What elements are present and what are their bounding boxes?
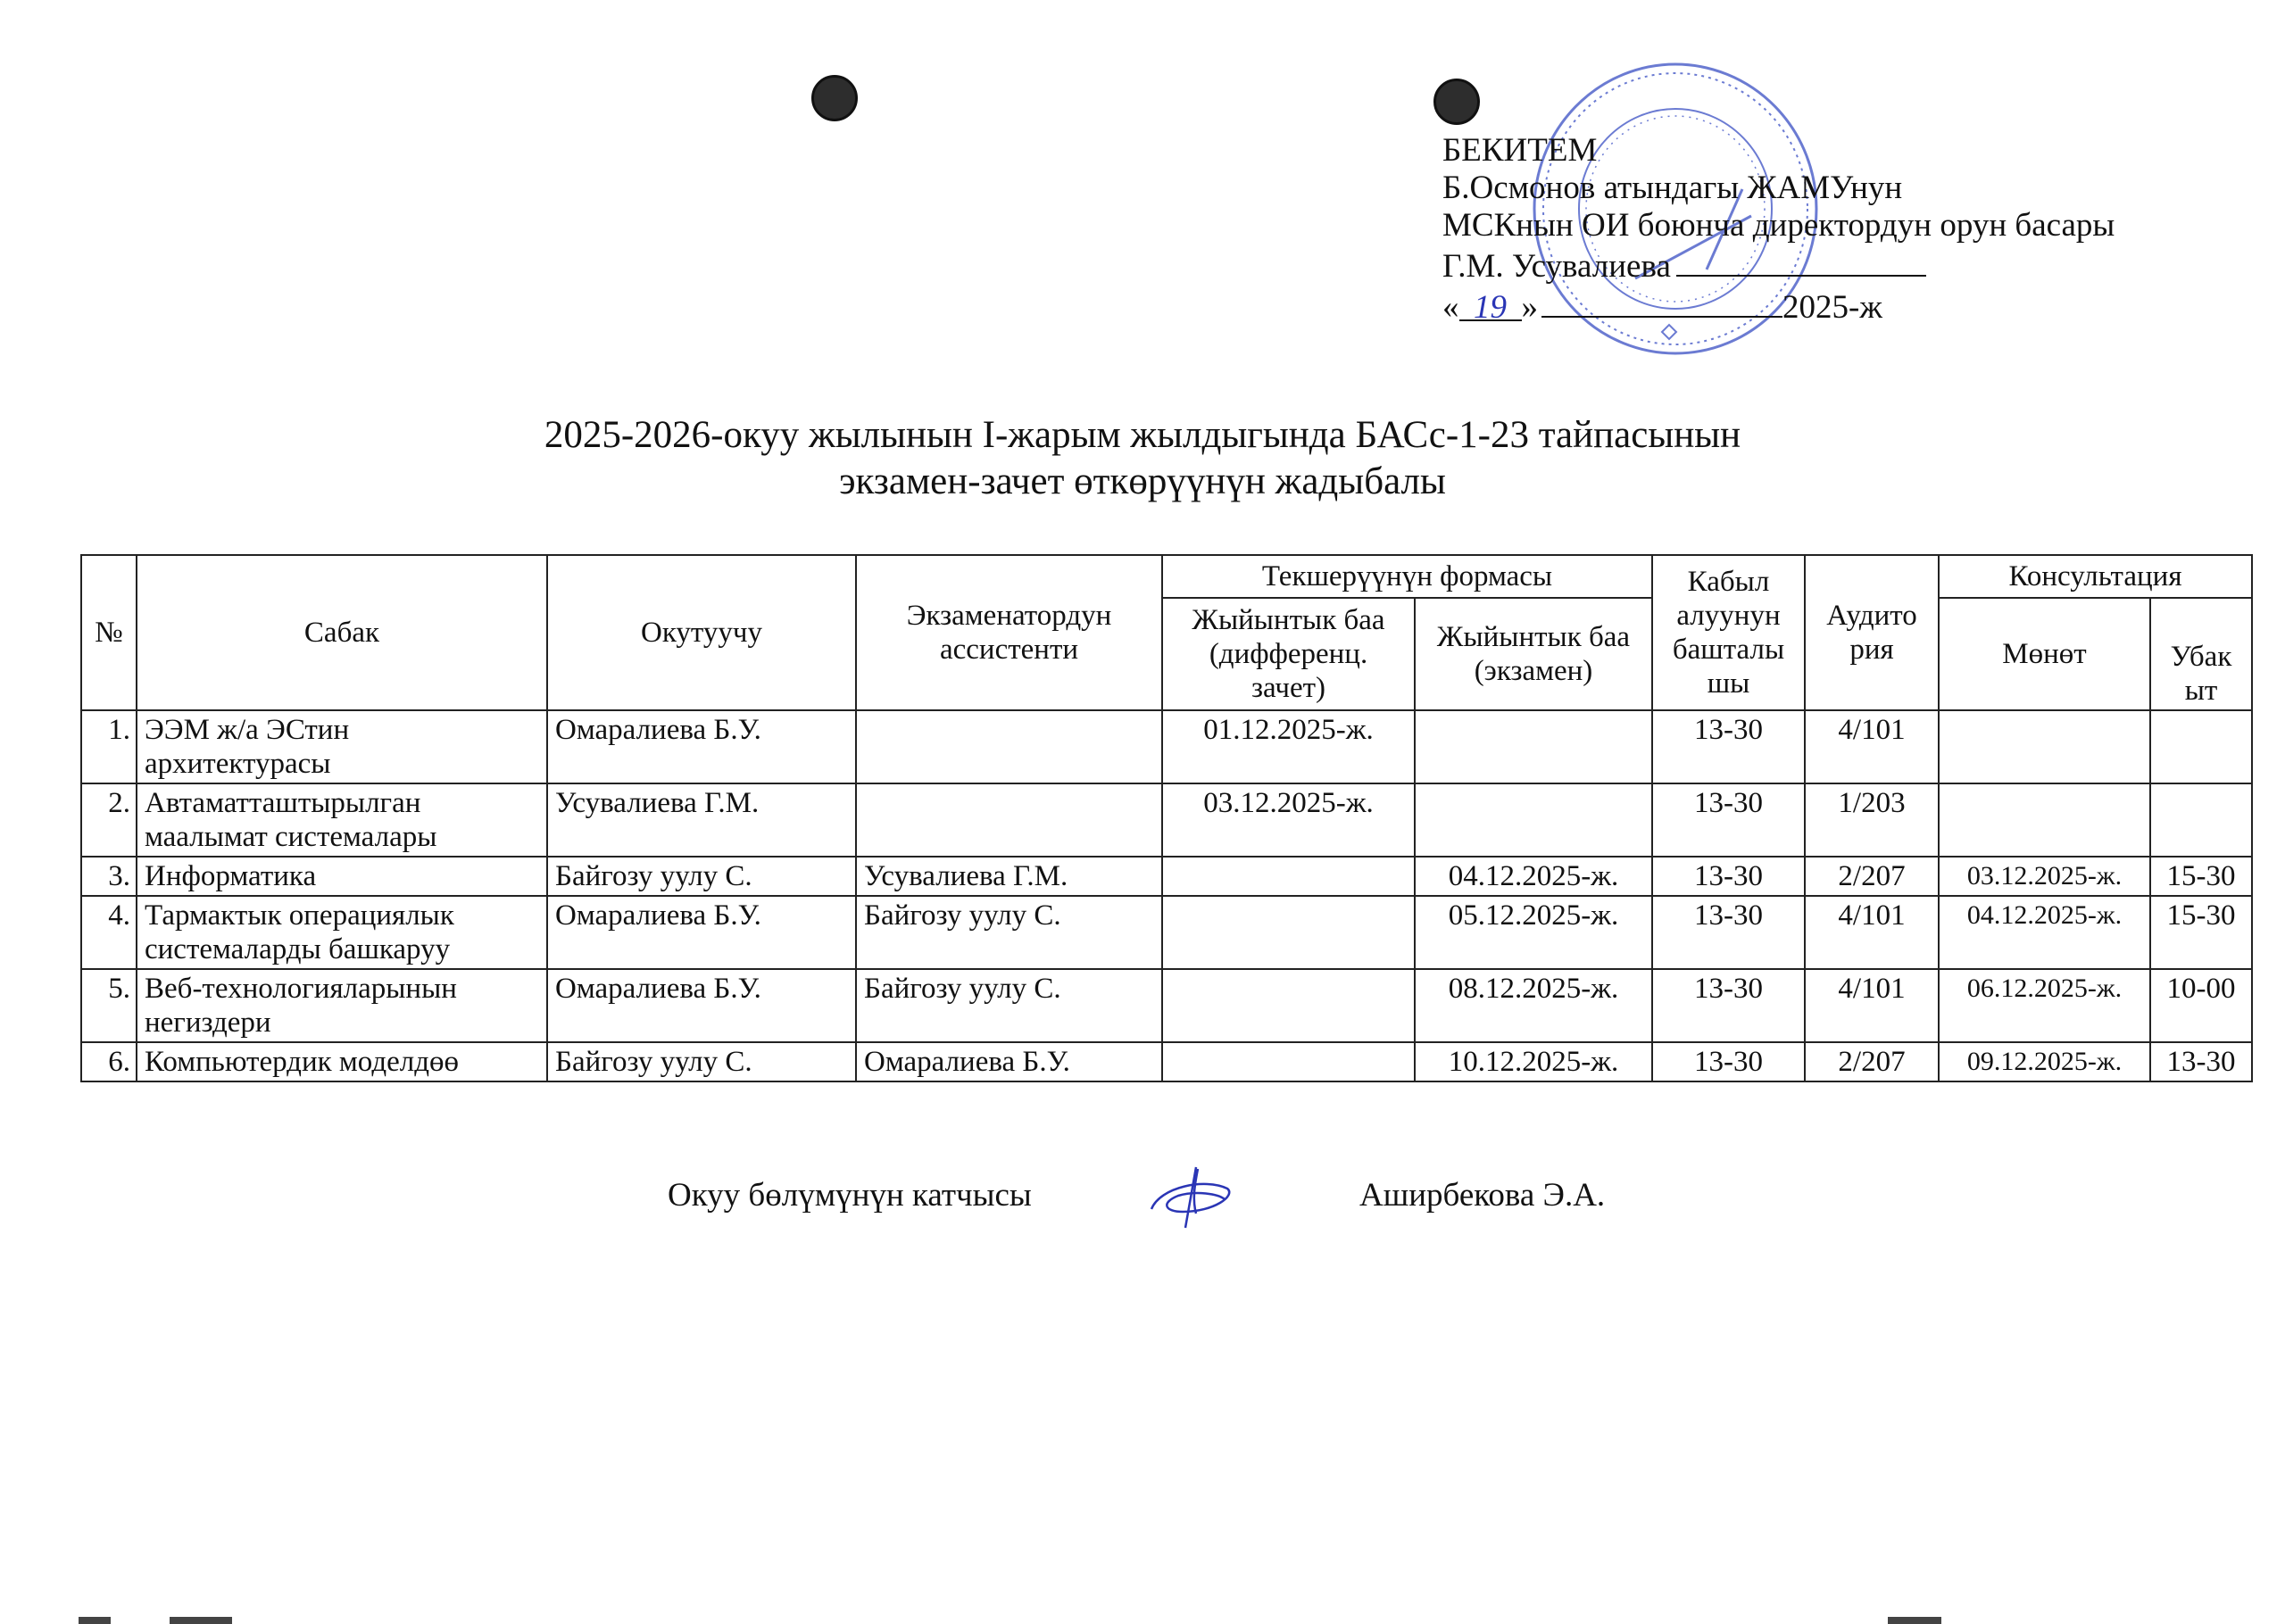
row-subject: Тармактык операциялык системаларды башка… bbox=[137, 896, 547, 969]
header-assistant: Экзаменатордун ассистенти bbox=[856, 555, 1162, 710]
header-start: Кабыл алуунун башталы шы bbox=[1652, 555, 1805, 710]
header-room: Аудито рия bbox=[1805, 555, 1939, 710]
row-teacher: Омаралиева Б.У. bbox=[547, 896, 856, 969]
scan-edge-mark bbox=[79, 1617, 111, 1624]
approval-institution: Б.Осмонов атындагы ЖАМУнун bbox=[1442, 170, 2115, 207]
row-num: 1. bbox=[81, 710, 137, 783]
row-start-time: 13-30 bbox=[1652, 857, 1805, 896]
row-exam-date bbox=[1415, 710, 1652, 783]
signature-line bbox=[1676, 244, 1926, 277]
punch-hole bbox=[1433, 79, 1480, 125]
approval-month-line bbox=[1541, 286, 1782, 318]
row-consult-time: 13-30 bbox=[2150, 1042, 2252, 1081]
table-row: 3.ИнформатикаБайгозу уулу С.Усувалиева Г… bbox=[81, 857, 2252, 896]
approval-signatory-line: Г.М. Усувалиева bbox=[1442, 244, 2115, 286]
row-credit-date bbox=[1162, 896, 1415, 969]
row-assistant: Байгозу уулу С. bbox=[856, 896, 1162, 969]
exam-schedule-table: № Сабак Окутуучу Экзаменатордун ассистен… bbox=[80, 554, 2253, 1082]
row-credit-date bbox=[1162, 1042, 1415, 1081]
row-consult-date: 06.12.2025-ж. bbox=[1939, 969, 2150, 1042]
row-room: 2/207 bbox=[1805, 857, 1939, 896]
scan-edge-mark bbox=[1888, 1617, 1941, 1624]
table-row: 5.Веб-технологияларынын негиздериОмарали… bbox=[81, 969, 2252, 1042]
quote-open: « bbox=[1442, 289, 1459, 326]
row-num: 5. bbox=[81, 969, 137, 1042]
row-consult-date bbox=[1939, 710, 2150, 783]
row-assistant bbox=[856, 783, 1162, 857]
row-consult-time bbox=[2150, 783, 2252, 857]
row-subject: ЭЭМ ж/а ЭСтин архитектурасы bbox=[137, 710, 547, 783]
signature-icon bbox=[1142, 1160, 1241, 1231]
scan-edge-mark bbox=[170, 1617, 232, 1624]
header-form-group: Текшерүүнүн формасы bbox=[1162, 555, 1652, 598]
approval-year: 2025-ж bbox=[1782, 289, 1882, 326]
row-consult-date: 03.12.2025-ж. bbox=[1939, 857, 2150, 896]
header-num: № bbox=[81, 555, 137, 710]
row-assistant: Усувалиева Г.М. bbox=[856, 857, 1162, 896]
row-exam-date: 08.12.2025-ж. bbox=[1415, 969, 1652, 1042]
row-credit-date: 01.12.2025-ж. bbox=[1162, 710, 1415, 783]
footer-role: Окуу бөлүмүнүн катчысы bbox=[668, 1176, 1032, 1214]
row-teacher: Байгозу уулу С. bbox=[547, 857, 856, 896]
row-exam-date: 05.12.2025-ж. bbox=[1415, 896, 1652, 969]
header-consult-time: Убак ыт bbox=[2150, 598, 2252, 710]
header-teacher: Окутуучу bbox=[547, 555, 856, 710]
header-subject: Сабак bbox=[137, 555, 547, 710]
row-subject: Автаматташтырылган маалымат системалары bbox=[137, 783, 547, 857]
row-consult-date: 09.12.2025-ж. bbox=[1939, 1042, 2150, 1081]
punch-hole bbox=[811, 75, 858, 121]
row-consult-time: 15-30 bbox=[2150, 896, 2252, 969]
row-consult-time: 15-30 bbox=[2150, 857, 2252, 896]
approval-date-line: «19»2025-ж bbox=[1442, 286, 2115, 327]
document-subtitle: экзамен-зачет өткөрүүнүн жадыбалы bbox=[0, 460, 2285, 504]
document-title: 2025-2026-окуу жылынын I-жарым жылдыгынд… bbox=[0, 413, 2285, 458]
row-num: 6. bbox=[81, 1042, 137, 1081]
approval-heading: БЕКИТЕМ bbox=[1442, 132, 2115, 170]
table-row: 4.Тармактык операциялык системаларды баш… bbox=[81, 896, 2252, 969]
row-credit-date bbox=[1162, 857, 1415, 896]
row-consult-date bbox=[1939, 783, 2150, 857]
row-start-time: 13-30 bbox=[1652, 1042, 1805, 1081]
footer-name: Аширбекова Э.А. bbox=[1359, 1176, 1605, 1214]
quote-close: » bbox=[1522, 289, 1539, 326]
row-credit-date bbox=[1162, 969, 1415, 1042]
row-room: 4/101 bbox=[1805, 896, 1939, 969]
header-consult-date: Мөнөт bbox=[1939, 598, 2150, 710]
row-room: 2/207 bbox=[1805, 1042, 1939, 1081]
header-form-credit: Жыйынтык баа (дифференц. зачет) bbox=[1162, 598, 1415, 710]
row-exam-date: 10.12.2025-ж. bbox=[1415, 1042, 1652, 1081]
row-start-time: 13-30 bbox=[1652, 896, 1805, 969]
row-credit-date: 03.12.2025-ж. bbox=[1162, 783, 1415, 857]
row-room: 4/101 bbox=[1805, 969, 1939, 1042]
row-num: 3. bbox=[81, 857, 137, 896]
header-form-exam: Жыйынтык баа (экзамен) bbox=[1415, 598, 1652, 710]
row-room: 4/101 bbox=[1805, 710, 1939, 783]
row-teacher: Байгозу уулу С. bbox=[547, 1042, 856, 1081]
approval-signatory: Г.М. Усувалиева bbox=[1442, 248, 1671, 285]
table-row: 2.Автаматташтырылган маалымат системалар… bbox=[81, 783, 2252, 857]
row-start-time: 13-30 bbox=[1652, 783, 1805, 857]
row-consult-time bbox=[2150, 710, 2252, 783]
row-start-time: 13-30 bbox=[1652, 969, 1805, 1042]
approval-day: 19 bbox=[1459, 289, 1522, 321]
header-consult-group: Консультация bbox=[1939, 555, 2252, 598]
row-room: 1/203 bbox=[1805, 783, 1939, 857]
row-teacher: Омаралиева Б.У. bbox=[547, 710, 856, 783]
row-teacher: Омаралиева Б.У. bbox=[547, 969, 856, 1042]
row-consult-date: 04.12.2025-ж. bbox=[1939, 896, 2150, 969]
row-start-time: 13-30 bbox=[1652, 710, 1805, 783]
approval-block: БЕКИТЕМ Б.Осмонов атындагы ЖАМУнун МСКны… bbox=[1442, 132, 2115, 327]
row-assistant: Байгозу уулу С. bbox=[856, 969, 1162, 1042]
row-subject: Информатика bbox=[137, 857, 547, 896]
row-assistant bbox=[856, 710, 1162, 783]
row-consult-time: 10-00 bbox=[2150, 969, 2252, 1042]
row-teacher: Усувалиева Г.М. bbox=[547, 783, 856, 857]
row-exam-date: 04.12.2025-ж. bbox=[1415, 857, 1652, 896]
row-exam-date bbox=[1415, 783, 1652, 857]
row-assistant: Омаралиева Б.У. bbox=[856, 1042, 1162, 1081]
table-row: 1.ЭЭМ ж/а ЭСтин архитектурасыОмаралиева … bbox=[81, 710, 2252, 783]
row-num: 2. bbox=[81, 783, 137, 857]
table-row: 6.Компьютердик моделдөөБайгозу уулу С.Ом… bbox=[81, 1042, 2252, 1081]
row-subject: Веб-технологияларынын негиздери bbox=[137, 969, 547, 1042]
row-num: 4. bbox=[81, 896, 137, 969]
row-subject: Компьютердик моделдөө bbox=[137, 1042, 547, 1081]
approval-position: МСКнын ОИ боюнча директордун орун басары bbox=[1442, 207, 2115, 244]
